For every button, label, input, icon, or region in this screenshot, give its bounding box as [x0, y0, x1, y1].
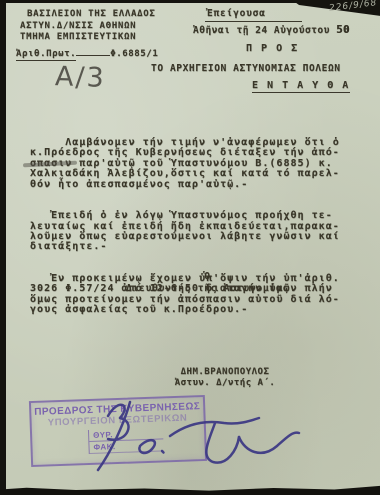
letter-body: Λαμβάνομεν τήν τιμήν ν'ἀναφέρωμεν ὅτι ὁ …	[30, 117, 366, 337]
document-page: 226/9/68 ΒΑΣΙΛΕΙΟΝ ΤΗΣ ΕΛΛΑΔΟΣ ΑΣΤΥΝ.Δ/Ν…	[0, 0, 380, 495]
scan-edge-left	[0, 0, 6, 495]
scan-edge-bottom	[0, 482, 380, 495]
letterhead: ΒΑΣΙΛΕΙΟΝ ΤΗΣ ΕΛΛΑΔΟΣ ΑΣΤΥΝ.Δ/ΝΣΙΣ ΑΘΗΝΩ…	[16, 9, 156, 44]
handwritten-signature	[78, 390, 313, 482]
protocol-label: Ἀριθ.Πρωτ.	[16, 49, 76, 61]
body-paragraph-1: Λαμβάνομεν τήν τιμήν ν'ἀναφέρωμεν ὅτι ὁ …	[30, 138, 366, 190]
letterhead-directorate-line: ΑΣΤΥΝ.Δ/ΝΣΙΣ ΑΘΗΝΩΝ	[16, 21, 156, 33]
date-line: Ἀθῆναι τῇ 24 Αὐγούστου 50	[193, 24, 350, 36]
protocol-blank-line	[76, 46, 110, 56]
protocol-line: Ἀριθ.Πρωτ.Φ.6885/1	[16, 46, 158, 59]
protocol-number: Φ.6885/1	[110, 49, 158, 59]
urgency-label: Ἐπείγουσα	[205, 8, 302, 22]
pencil-classification-note: Α/3	[54, 61, 106, 94]
letterhead-kingdom-line: ΒΑΣΙΛΕΙΟΝ ΤΗΣ ΕΛΛΑΔΟΣ	[16, 9, 156, 21]
recipient-line: ΤΟ ΑΡΧΗΓΕΙΟΝ ΑΣΤΥΝΟΜΙΑΣ ΠΟΛΕΩΝ	[151, 63, 341, 74]
recipient-location: Ε Ν Τ Α Υ Θ Α	[252, 80, 350, 93]
letterhead-department-line: ΤΜΗΜΑ ΕΜΠΙΣΤΕΥΤΙΚΩΝ	[16, 32, 156, 44]
closing-title: Ὁ Διευθυντής τῆς Ἀστυνομίας	[110, 271, 305, 295]
body-paragraph-2: Ἐπειδή ὁ ἐν λόγῳ Ὑπαστυνόμος προήχθη τε-…	[30, 211, 366, 253]
signer-name-rank: ΔΗΜ.ΒΡΑΝΟΠΟΥΛΟΣ Ἀστυν. Δ/ντής Α΄.	[165, 367, 285, 389]
date-year: 50	[336, 24, 350, 36]
to-label: Π Ρ Ο Σ	[246, 43, 299, 54]
date-text: Ἀθῆναι τῇ 24 Αὐγούστου	[193, 25, 330, 36]
